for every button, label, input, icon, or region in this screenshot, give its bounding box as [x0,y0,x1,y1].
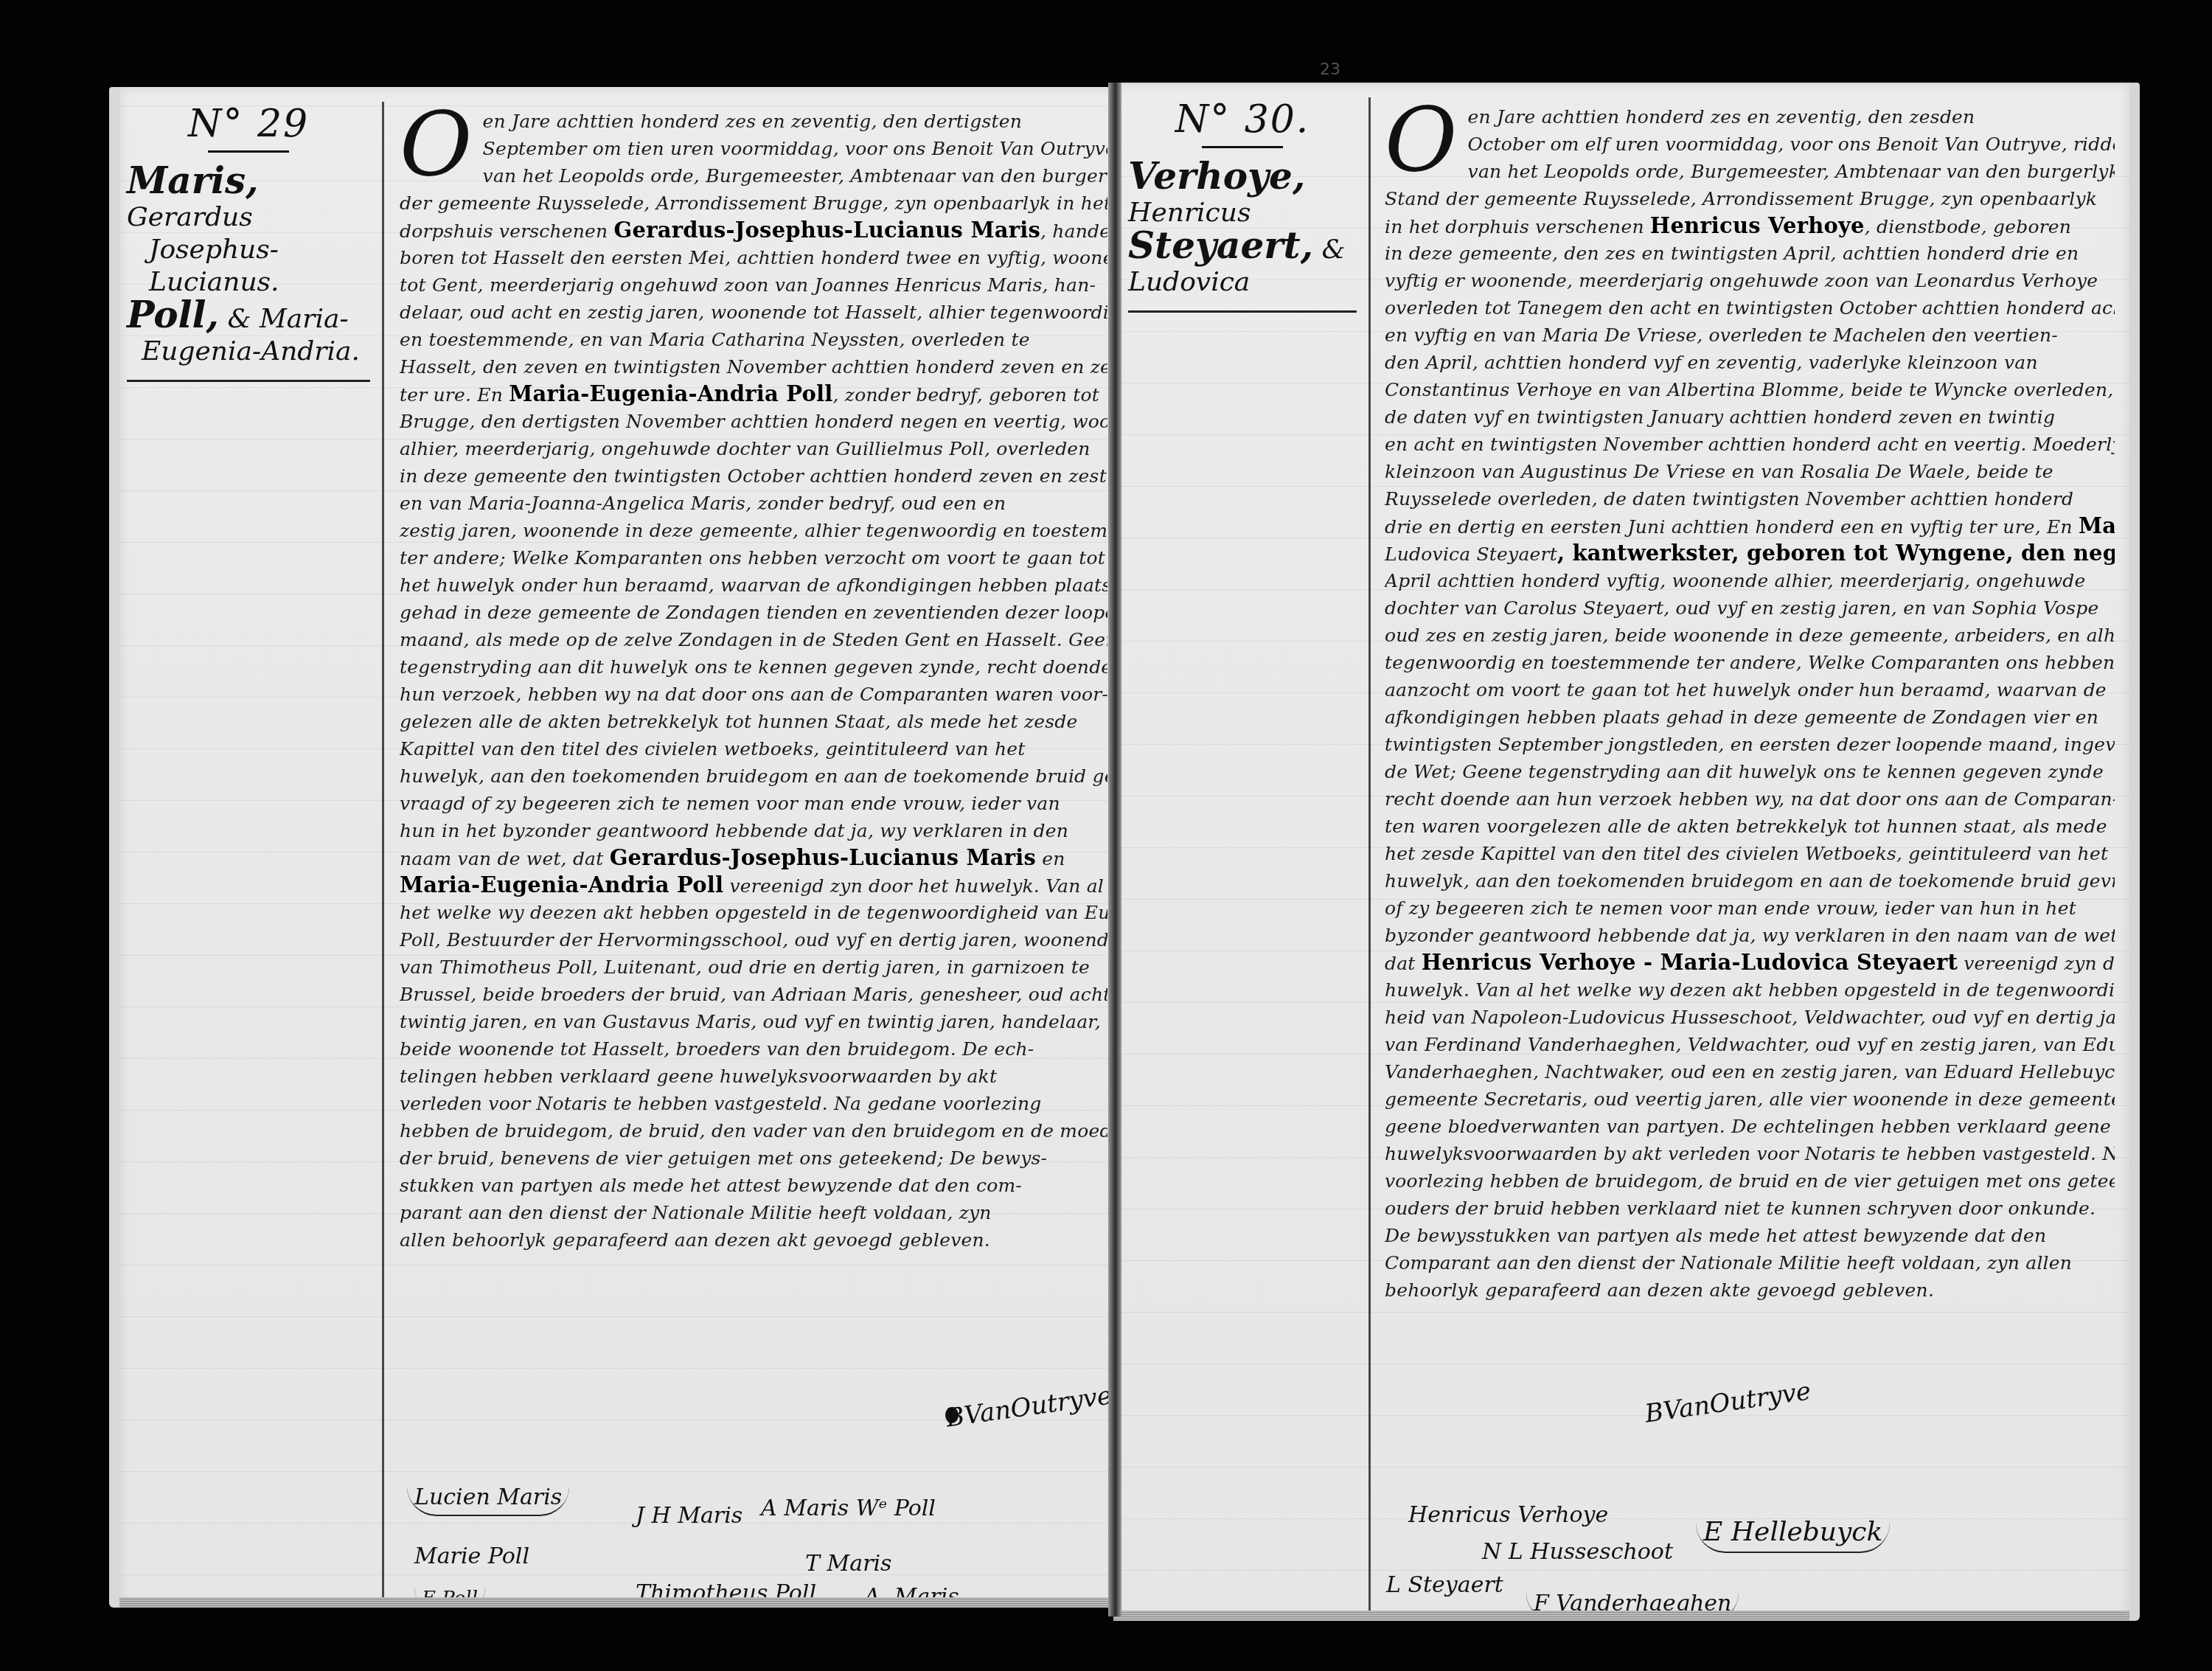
signature: A Maris Wᵉ Poll [761,1495,936,1521]
signature: T Maris [805,1551,891,1577]
book-gutter [1108,83,1121,1616]
right-page: N° 30. Verhoye, Henricus Steyaert, & Lud… [1113,83,2140,1621]
signature: J H Maris [636,1503,742,1529]
signature: Lucien Maris [407,1484,569,1516]
signature-block: BVanOutryve Henricus Verhoye N L Hussesc… [1113,83,2129,1621]
signature: Henricus Verhoye [1408,1502,1608,1528]
scan-background: 23 N° 29 Maris, Gerardus Josephus-Lucian… [0,0,2212,1671]
left-page: N° 29 Maris, Gerardus Josephus-Lucianus.… [109,87,1124,1608]
signature: L Steyaert [1386,1572,1503,1598]
signature: Marie Poll [414,1543,529,1569]
signature: N L Husseschoot [1482,1539,1673,1565]
official-signature: BVanOutryve [1643,1376,1812,1428]
signature: E Hellebuyck [1696,1517,1890,1553]
official-signature: BVanOutryve [944,1380,1113,1433]
page-edge [1113,1611,2129,1621]
signature-block: BVanOutryve Lucien Maris J H Maris A Mar… [119,87,1124,1608]
register-book: N° 29 Maris, Gerardus Josephus-Lucianus.… [109,74,2129,1615]
page-edge [119,1597,1124,1608]
